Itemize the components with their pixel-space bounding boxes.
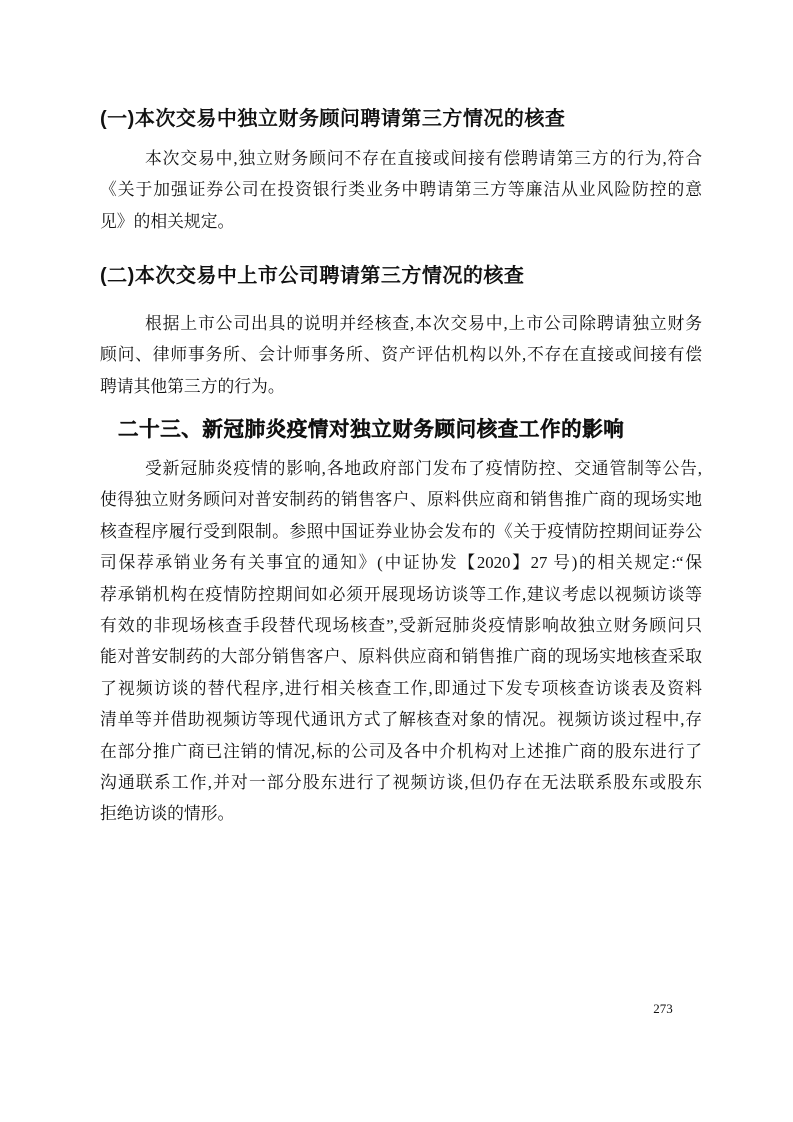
paragraph-ifa-third-party-verification: 本次交易中,独立财务顾问不存在直接或间接有偿聘请第三方的行为,符合 《关于加强证… <box>100 143 702 237</box>
section-heading-one: (一)本次交易中独立财务顾问聘请第三方情况的核查 <box>100 105 702 133</box>
text-line: 聘请其他第三方的行为。 <box>100 371 702 402</box>
page-number: 273 <box>640 1000 686 1018</box>
text-line: 核查程序履行受到限制。参照中国证券业协会发布的《关于疫情防控期间证券公 <box>100 516 702 547</box>
text-line: 沟通联系工作,并对一部分股东进行了视频访谈,但仍存在无法联系股东或股东 <box>100 767 702 798</box>
text-line: 在部分推广商已注销的情况,标的公司及各中介机构对上述推广商的股东进行了 <box>100 736 702 767</box>
text-line: 拒绝访谈的情形。 <box>100 798 702 829</box>
text-line: 顾问、律师事务所、会计师事务所、资产评估机构以外,不存在直接或间接有偿 <box>100 339 702 370</box>
text-line: 受新冠肺炎疫情的影响,各地政府部门发布了疫情防控、交通管制等公告, <box>100 453 702 484</box>
text-line: 清单等并借助视频访等现代通讯方式了解核查对象的情况。视频访谈过程中,存 <box>100 704 702 735</box>
text-line: 根据上市公司出具的说明并经核查,本次交易中,上市公司除聘请独立财务 <box>100 308 702 339</box>
paragraph-covid-impact: 受新冠肺炎疫情的影响,各地政府部门发布了疫情防控、交通管制等公告, 使得独立财务… <box>100 453 702 830</box>
text-line: 了视频访谈的替代程序,进行相关核查工作,即通过下发专项核查访谈表及资料 <box>100 673 702 704</box>
text-line: 司保荐承销业务有关事宜的通知》(中证协发【2020】27 号)的相关规定:“保 <box>100 547 702 578</box>
text-line: 有效的非现场核查手段替代现场核查”,受新冠肺炎疫情影响故独立财务顾问只 <box>100 610 702 641</box>
chapter-heading-twenty-three: 二十三、新冠肺炎疫情对独立财务顾问核查工作的影响 <box>118 414 702 445</box>
text-line: 本次交易中,独立财务顾问不存在直接或间接有偿聘请第三方的行为,符合 <box>100 143 702 174</box>
text-line: 《关于加强证券公司在投资银行类业务中聘请第三方等廉洁从业风险防控的意 <box>100 174 702 205</box>
text-line: 使得独立财务顾问对普安制药的销售客户、原料供应商和销售推广商的现场实地 <box>100 484 702 515</box>
paragraph-listed-company-third-party-verification: 根据上市公司出具的说明并经核查,本次交易中,上市公司除聘请独立财务 顾问、律师事… <box>100 308 702 402</box>
text-line: 能对普安制药的大部分销售客户、原料供应商和销售推广商的现场实地核查采取 <box>100 641 702 672</box>
text-line: 见》的相关规定。 <box>100 206 702 237</box>
document-page: (一)本次交易中独立财务顾问聘请第三方情况的核查 本次交易中,独立财务顾问不存在… <box>0 0 793 1122</box>
section-heading-two: (二)本次交易中上市公司聘请第三方情况的核查 <box>100 262 702 290</box>
text-line: 荐承销机构在疫情防控期间如必须开展现场访谈等工作,建议考虑以视频访谈等 <box>100 579 702 610</box>
